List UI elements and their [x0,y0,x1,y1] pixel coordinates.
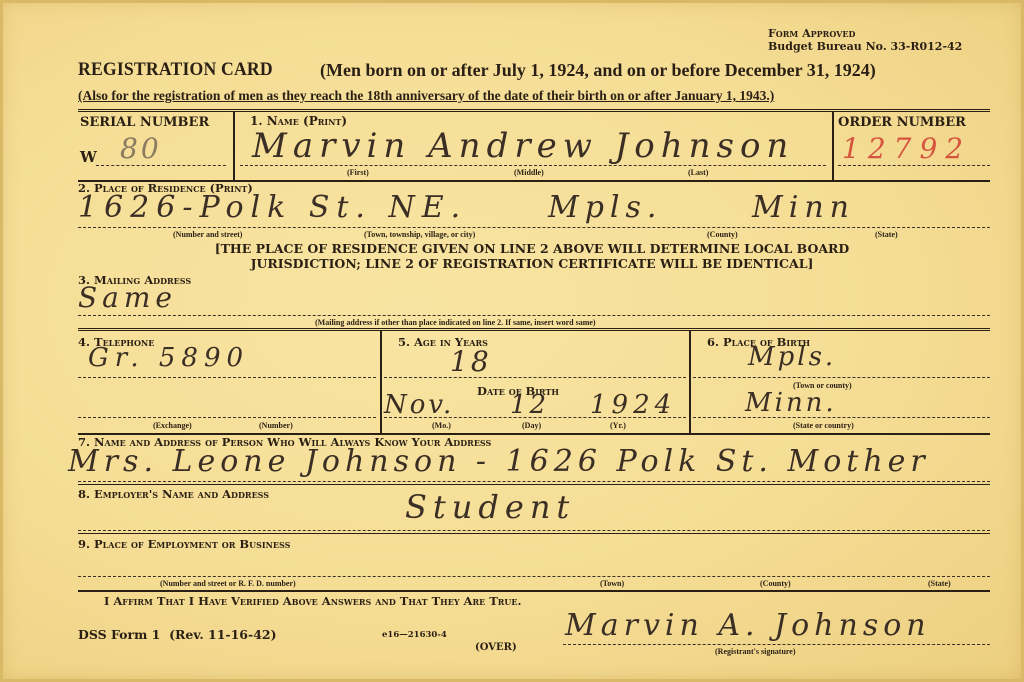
age-value[interactable]: 18 [450,345,492,378]
residence-town-caption: (Town, township, village, or city) [364,230,475,239]
birthplace-state-value[interactable]: Minn. [745,388,837,418]
employment-street-caption: (Number and street or R. F. D. number) [160,579,296,588]
registrant-signature[interactable]: Marvin A. Johnson [565,608,931,643]
rule-top [78,109,990,112]
divider-name-order [832,111,834,181]
name-middle-caption: (Middle) [514,168,544,177]
affirmation-text: I Affirm That I Have Verified Above Answ… [104,594,522,608]
residence-town-value[interactable]: Mpls. [548,190,662,225]
form-approved-label: Form Approved [768,27,962,40]
serial-number-value[interactable]: 80 [120,132,162,165]
rule-after-mailing [78,328,990,331]
dob-day-value[interactable]: 12 [510,390,549,420]
dob-underline [384,417,686,418]
employment-place-label: 9. Place of Employment or Business [78,537,290,551]
employer-value[interactable]: Student [405,488,575,526]
eligibility-subtitle: (Men born on or after July 1, 1924, and … [320,60,876,81]
mailing-underline [78,315,990,316]
over-label: (OVER) [475,642,517,653]
dob-year-caption: (Yr.) [610,421,626,430]
age-underline [384,377,686,378]
birthplace-state-caption: (State or country) [793,421,854,430]
form-identifier: DSS Form 1 (Rev. 11-16-42) [78,627,277,642]
serial-underline [96,165,226,166]
divider-age-birthplace [689,331,691,433]
birthplace-town-value[interactable]: Mpls. [748,342,836,372]
print-code: e16—21630-4 [382,630,447,640]
employer-label: 8. Employer's Name and Address [78,487,269,501]
rule-after-employer [78,533,990,534]
dob-month-value[interactable]: Nov. [384,390,454,420]
dob-month-caption: (Mo.) [432,421,451,430]
residence-underline [78,227,990,228]
divider-phone-age [380,331,382,433]
telephone-value[interactable]: Gr. 5890 [88,343,249,373]
eligibility-note: (Also for the registration of men as the… [78,88,774,104]
mailing-address-value[interactable]: Same [78,281,177,314]
contact-underline [78,481,990,482]
order-underline [838,165,990,166]
employment-underline [78,576,990,577]
birthplace-state-underline [693,417,990,418]
signature-underline [563,644,990,645]
form-approved-block: Form Approved Budget Bureau No. 33-R012-… [768,27,962,53]
serial-number-label: SERIAL NUMBER [80,115,209,130]
jurisdiction-notice-1: [THE PLACE OF RESIDENCE GIVEN ON LINE 2 … [0,241,1024,256]
residence-street-value[interactable]: 1626-Polk St. NE. [78,190,467,225]
name-value[interactable]: Marvin Andrew Johnson [252,126,794,166]
jurisdiction-notice-2: JURISDICTION; LINE 2 OF REGISTRATION CER… [0,256,1024,271]
telephone-number-caption: (Number) [259,421,293,430]
rule-after-employment [78,590,990,592]
mailing-address-caption: (Mailing address if other than place ind… [315,318,596,327]
serial-prefix: W [80,148,97,166]
employment-town-caption: (Town) [600,579,624,588]
rule-after-contact [78,484,990,485]
order-number-label: ORDER NUMBER [838,115,966,130]
registration-card: Form Approved Budget Bureau No. 33-R012-… [0,0,1024,682]
dob-year-value[interactable]: 1924 [590,390,676,420]
name-first-caption: (First) [347,168,369,177]
employer-underline [78,530,990,531]
residence-county-caption: (County) [707,230,738,239]
residence-state-caption: (State) [875,230,898,239]
residence-street-caption: (Number and street) [173,230,242,239]
budget-bureau-number: Budget Bureau No. 33-R012-42 [768,40,962,53]
signature-caption: (Registrant's signature) [715,647,796,656]
residence-state-value[interactable]: Minn [752,190,855,225]
dob-day-caption: (Day) [522,421,541,430]
name-underline [240,165,826,166]
birthplace-town-underline [693,377,990,378]
employment-county-caption: (County) [760,579,791,588]
employment-state-caption: (State) [928,579,951,588]
telephone-underline-1 [78,377,376,378]
page-title: REGISTRATION CARD [78,59,273,81]
telephone-underline-2 [78,417,376,418]
contact-person-value[interactable]: Mrs. Leone Johnson - 1626 Polk St. Mothe… [68,444,930,479]
divider-serial-name [233,111,235,181]
name-last-caption: (Last) [688,168,708,177]
order-number-value[interactable]: 12792 [842,132,971,165]
telephone-exchange-caption: (Exchange) [153,421,192,430]
